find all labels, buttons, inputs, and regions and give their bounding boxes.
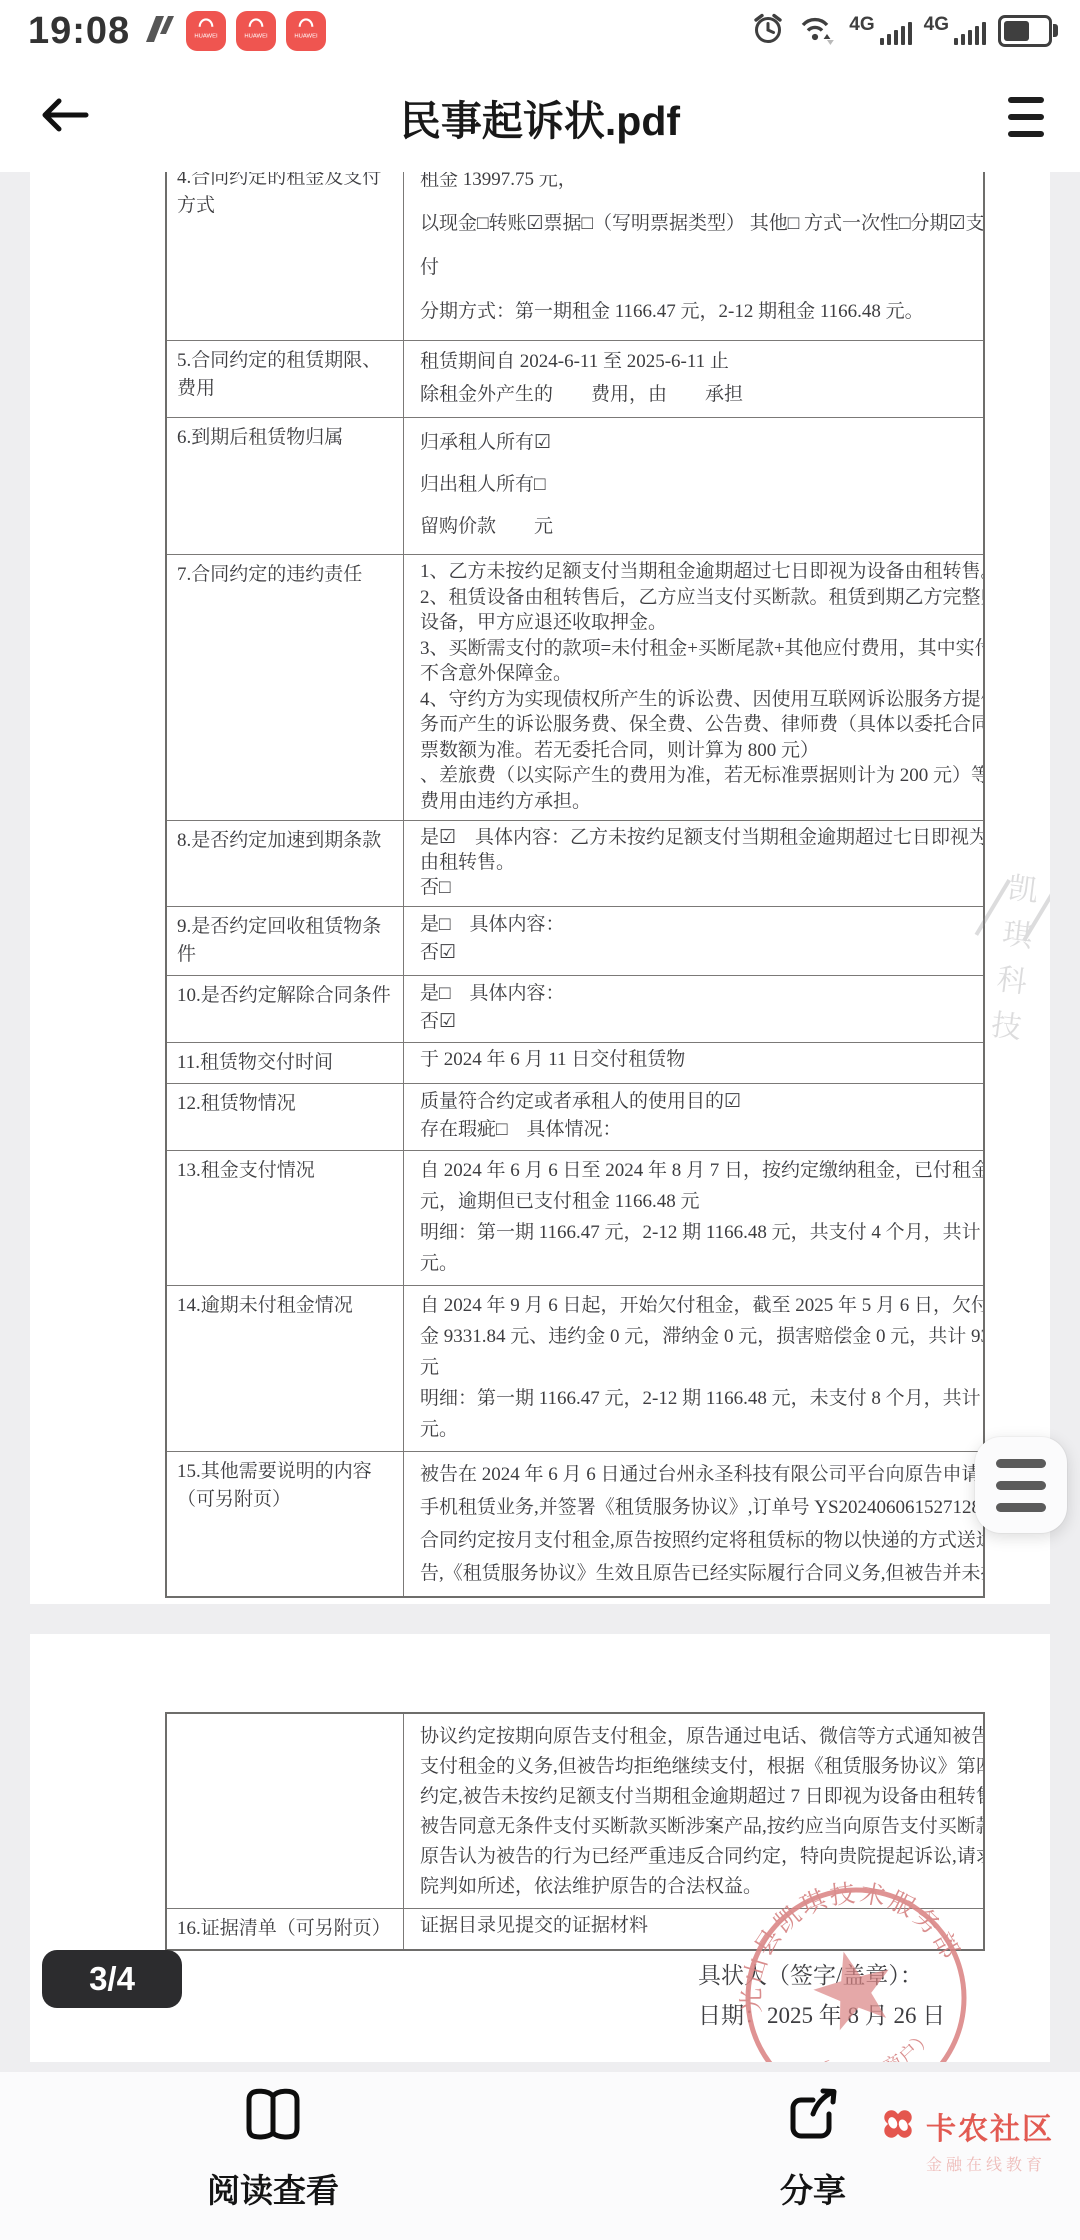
kanong-watermark: 卡农社区 金融在线教育 [878,2104,1054,2175]
table-row: 11.租赁物交付时间 于 2024 年 6 月 11 日交付租赁物 [167,1043,983,1084]
svg-text:HUAWEI: HUAWEI [295,33,319,39]
read-view-label: 阅读查看 [207,2165,339,2212]
table-row: 12.租赁物情况 质量符合约定或者承租人的使用目的☑ 存在瑕疵□ 具体情况： [167,1084,983,1151]
table-row: 6.到期后租赁物归属 归承租人所有☑ 归出租人所有□ 留购价款 元 [167,418,983,555]
kanong-logo-icon [878,2104,918,2149]
svg-text:HUAWEI: HUAWEI [245,33,269,39]
table-row: 5.合同约定的租赁期限、费用 租赁期间自 2024-6-11 至 2025-6-… [167,341,983,418]
book-icon [242,2086,304,2151]
signal-4g-icon: 4G [849,14,911,48]
svg-text:HUAWEI: HUAWEI [195,33,219,39]
brand-subtitle: 金融在线教育 [926,2152,1054,2175]
stamp-arc-bottom-text: （个体工商户） [800,2020,945,2062]
page-indicator-badge: 3/4 [42,1950,182,2008]
read-view-button[interactable]: 阅读查看 [178,2086,368,2212]
table-row: 10.是否约定解除合同条件 是□ 具体内容： 否☑ [167,976,983,1043]
wifi-icon [797,12,837,51]
pdf-page-1: 4.合同约定的租金及支付方式 租金 13997.75 元， 以现金□转账☑票据□… [30,172,1050,1604]
battery-icon [998,15,1052,47]
alarm-icon [751,12,785,51]
svg-text:（个体工商户）: （个体工商户） [800,2020,945,2062]
back-button[interactable] [36,93,94,142]
table-row: 13.租金支付情况 自 2024 年 6 月 6 日至 2024 年 8 月 7… [167,1151,983,1286]
appgallery-notification-icon: HUAWEI [236,11,276,51]
signal-4g-icon: 4G [924,14,986,48]
table-row: 14.逾期未付租金情况 自 2024 年 9 月 6 日起，开始欠付租金，截至 … [167,1286,983,1452]
more-menu-button[interactable] [1008,97,1044,137]
appgallery-notification-icon: HUAWEI [186,11,226,51]
status-bar: 19:08 HUAWEI HUAWEI HUAWEI 4G 4G [0,0,1080,62]
table-row: 15.其他需要说明的内容（可另附页） 被告在 2024 年 6 月 6 日通过台… [167,1452,983,1596]
bottom-toolbar: 阅读查看 分享 卡农社区 金融在线教育 [0,2072,1080,2240]
huawei-health-icon [142,12,176,51]
share-label: 分享 [780,2165,846,2212]
pdf-page-2: 协议约定按期向原告支付租金，原告通过电话、微信等方式通知被告履行 支付租金的义务… [30,1634,1050,2062]
floating-menu-button[interactable] [975,1437,1067,1533]
status-time: 19:08 [28,10,130,53]
table-row: 4.合同约定的租金及支付方式 租金 13997.75 元， 以现金□转账☑票据□… [167,172,983,341]
share-icon [783,2086,843,2151]
app-header: 民事起诉状.pdf [0,62,1080,172]
table-row: 9.是否约定回收租赁物条件 是□ 具体内容： 否☑ [167,907,983,976]
complaint-table: 4.合同约定的租金及支付方式 租金 13997.75 元， 以现金□转账☑票据□… [165,172,985,1598]
table-row: 8.是否约定加速到期条款 是☑ 具体内容：乙方未按约足额支付当期租金逾期超过七日… [167,821,983,907]
appgallery-notification-icon: HUAWEI [286,11,326,51]
table-row: 7.合同约定的违约责任 1、乙方未按约足额支付当期租金逾期超过七日即视为设备由租… [167,555,983,821]
brand-name: 卡农社区 [926,2104,1054,2148]
page-title: 民事起诉状.pdf [0,88,1080,147]
